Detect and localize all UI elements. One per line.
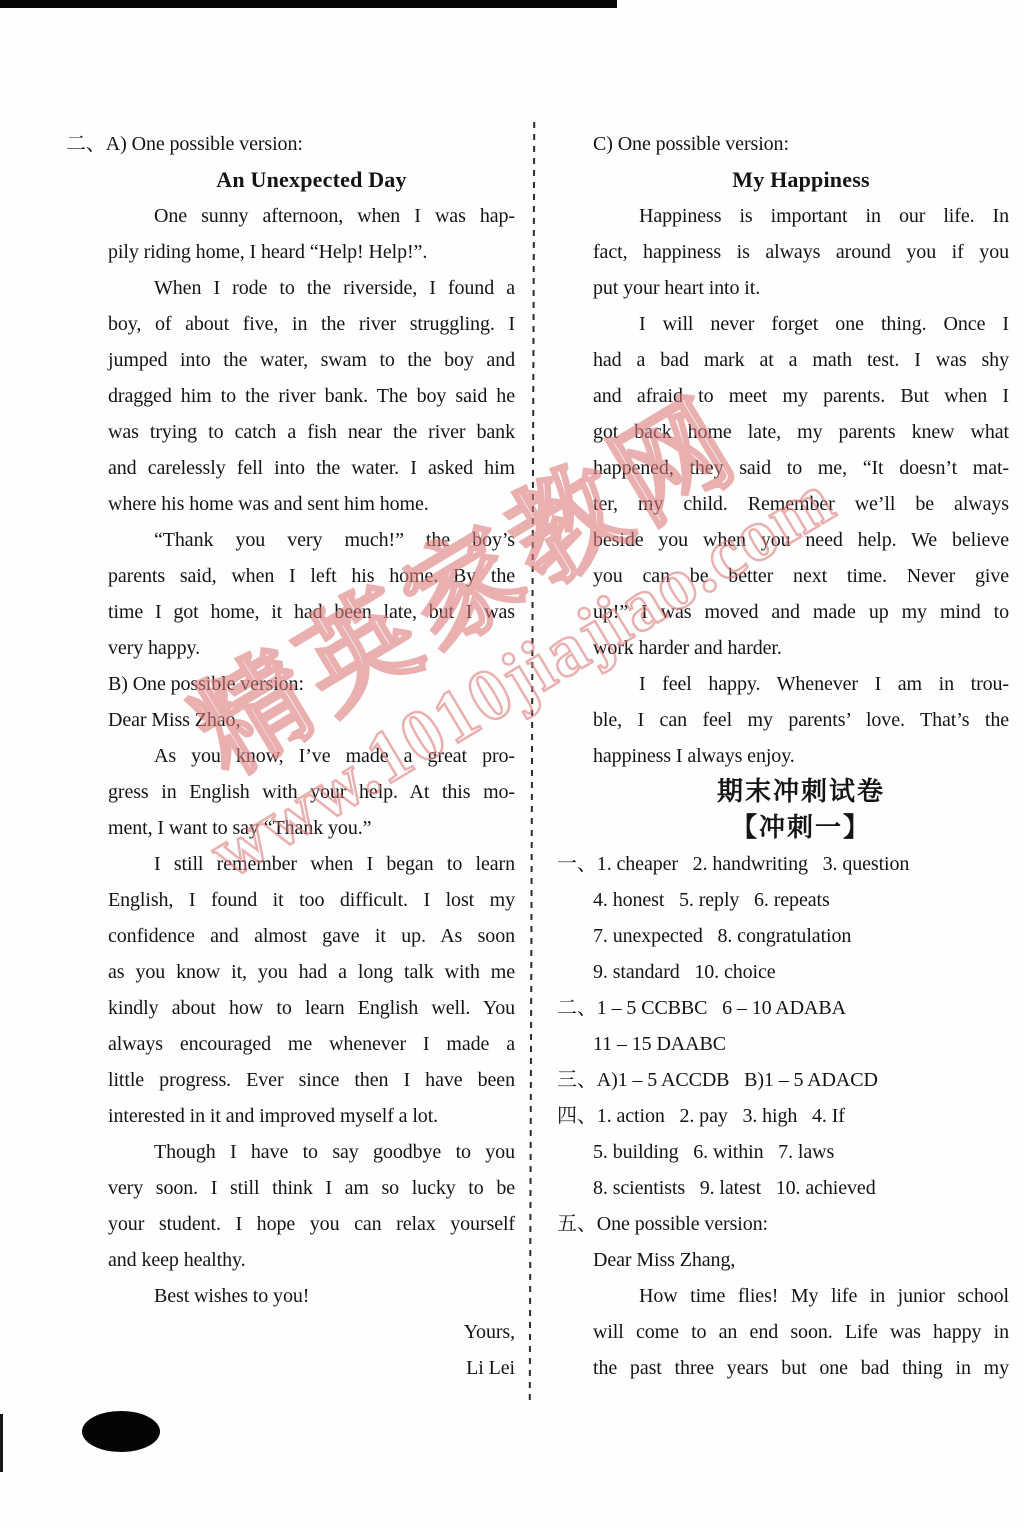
scan-edge-artifact <box>0 0 617 8</box>
text-line: very soon. I still think I am so lucky t… <box>108 1170 515 1206</box>
text-line: I feel happy. Whenever I am in trou- <box>593 666 1009 702</box>
text-line: got back home late, my parents knew what <box>593 414 1009 450</box>
scan-edge-mark <box>0 1414 3 1472</box>
text-line: 11 – 15 DAABC <box>593 1026 1009 1062</box>
text-line: will come to an end soon. Life was happy… <box>593 1314 1009 1350</box>
text-line: When I rode to the riverside, I found a <box>108 270 515 306</box>
text-line: Though I have to say goodbye to you <box>108 1134 515 1170</box>
text-line: 5. building 6. within 7. laws <box>593 1134 1009 1170</box>
text-line: Li Lei <box>108 1350 515 1386</box>
text-line: 7. unexpected 8. congratulation <box>593 918 1009 954</box>
text-line: little progress. Ever since then I have … <box>108 1062 515 1098</box>
text-line: 四、1. action 2. pay 3. high 4. If <box>593 1098 1009 1134</box>
text-line: time I got home, it had been late, but I… <box>108 594 515 630</box>
page: 二、A) One possible version:An Unexpected … <box>0 0 1024 1528</box>
text-line: One sunny afternoon, when I was hap- <box>108 198 515 234</box>
text-line: I still remember when I began to learn <box>108 846 515 882</box>
text-line: your student. I hope you can relax yours… <box>108 1206 515 1242</box>
text-line: How time flies! My life in junior school <box>593 1278 1009 1314</box>
right-column: C) One possible version:My HappinessHapp… <box>557 126 1009 1386</box>
text-line: and afraid to meet my parents. But when … <box>593 378 1009 414</box>
text-line: 8. scientists 9. latest 10. achieved <box>593 1170 1009 1206</box>
text-line: C) One possible version: <box>593 126 1009 162</box>
text-line: up!” I was moved and made up my mind to <box>593 594 1009 630</box>
text-line: happiness I always enjoy. <box>593 738 1009 774</box>
text-line: happened, they said to me, “It doesn’t m… <box>593 450 1009 486</box>
text-line: pily riding home, I heard “Help! Help!”. <box>108 234 515 270</box>
text-line: 【冲刺一】 <box>593 810 1009 846</box>
left-column: 二、A) One possible version:An Unexpected … <box>66 126 515 1386</box>
text-line: 二、A) One possible version: <box>108 126 515 162</box>
text-line: always encouraged me whenever I made a <box>108 1026 515 1062</box>
text-line: An Unexpected Day <box>108 162 515 198</box>
text-line: I will never forget one thing. Once I <box>593 306 1009 342</box>
text-line: Best wishes to you! <box>108 1278 515 1314</box>
text-line: Happiness is important in our life. In <box>593 198 1009 234</box>
text-line: jumped into the water, swam to the boy a… <box>108 342 515 378</box>
page-number-blob <box>82 1411 160 1452</box>
text-line: where his home was and sent him home. <box>108 486 515 522</box>
text-line: parents said, when I left his home. By t… <box>108 558 515 594</box>
text-line: 一、1. cheaper 2. handwriting 3. question <box>593 846 1009 882</box>
text-line: B) One possible version: <box>108 666 515 702</box>
text-line: beside you when you need help. We believ… <box>593 522 1009 558</box>
text-line: boy, of about five, in the river struggl… <box>108 306 515 342</box>
text-line: Yours, <box>108 1314 515 1350</box>
text-line: 4. honest 5. reply 6. repeats <box>593 882 1009 918</box>
text-line: and keep healthy. <box>108 1242 515 1278</box>
text-line: as you know it, you had a long talk with… <box>108 954 515 990</box>
text-line: was trying to catch a fish near the rive… <box>108 414 515 450</box>
text-line: ble, I can feel my parents’ love. That’s… <box>593 702 1009 738</box>
column-divider <box>529 122 535 1400</box>
text-line: ment, I want to say “Thank you.” <box>108 810 515 846</box>
text-line: “Thank you very much!” the boy’s <box>108 522 515 558</box>
text-line: 五、One possible version: <box>593 1206 1009 1242</box>
text-line: Dear Miss Zhao, <box>108 702 515 738</box>
text-line: 期末冲刺试卷 <box>593 774 1009 810</box>
text-line: dragged him to the river bank. The boy s… <box>108 378 515 414</box>
text-line: 三、A)1 – 5 ACCDB B)1 – 5 ADACD <box>593 1062 1009 1098</box>
text-line: and carelessly fell into the water. I as… <box>108 450 515 486</box>
text-line: confidence and almost gave it up. As soo… <box>108 918 515 954</box>
text-line: very happy. <box>108 630 515 666</box>
text-line: the past three years but one bad thing i… <box>593 1350 1009 1386</box>
text-line: interested in it and improved myself a l… <box>108 1098 515 1134</box>
text-line: work harder and harder. <box>593 630 1009 666</box>
text-line: put your heart into it. <box>593 270 1009 306</box>
text-line: ter, my child. Remember we’ll be always <box>593 486 1009 522</box>
text-line: My Happiness <box>593 162 1009 198</box>
text-line: 9. standard 10. choice <box>593 954 1009 990</box>
text-line: you can be better next time. Never give <box>593 558 1009 594</box>
text-line: Dear Miss Zhang, <box>593 1242 1009 1278</box>
text-line: English, I found it too difficult. I los… <box>108 882 515 918</box>
text-line: fact, happiness is always around you if … <box>593 234 1009 270</box>
text-line: kindly about how to learn English well. … <box>108 990 515 1026</box>
text-line: gress in English with your help. At this… <box>108 774 515 810</box>
text-line: 二、1 – 5 CCBBC 6 – 10 ADABA <box>593 990 1009 1026</box>
text-line: had a bad mark at a math test. I was shy <box>593 342 1009 378</box>
text-line: As you know, I’ve made a great pro- <box>108 738 515 774</box>
